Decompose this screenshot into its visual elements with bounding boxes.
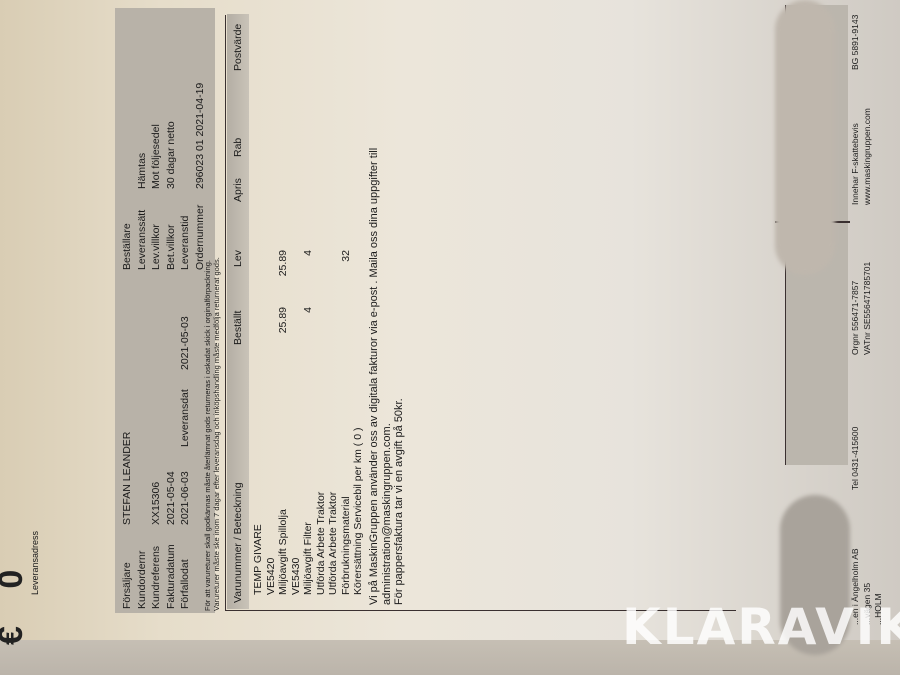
label-delivery-date: Leveransdat <box>178 389 193 447</box>
table-row-description: Utförda Arbete Traktor <box>315 492 327 595</box>
notice-line: Varureturer måste ske inom 7 dagar efter… <box>212 257 221 611</box>
footer-registration: Orgnr 556471-7857 VATnr SE556471785701 <box>850 262 873 355</box>
table-row-description: Miljöavgift Filter <box>302 522 314 595</box>
label-customer-order-nr: Kundordernr <box>135 544 150 609</box>
footer-bankgiro: BG 5891-9143 <box>850 15 862 70</box>
col-header-discount: Rab <box>232 138 244 157</box>
letterhead-fragment: € 0 <box>0 556 31 645</box>
digital-invoice-message: Vi på MaskinGruppen använder oss av digi… <box>368 148 406 605</box>
value-salesperson: STEFAN LEANDER <box>120 432 135 525</box>
message-line: För pappersfaktura tar vi en avgift på 5… <box>393 148 406 605</box>
col-header-line-value: Postvärde <box>232 24 244 71</box>
value-invoice-date: 2021-05-04 <box>164 432 179 525</box>
header-left-labels: Försäljare Kundordernr Kundreferens Fakt… <box>120 544 193 609</box>
table-row-delivered: 25.89 <box>277 250 289 290</box>
message-line: Vi på MaskinGruppen använder oss av digi… <box>368 148 381 605</box>
col-header-unit-price: Apris <box>232 178 244 202</box>
value-orderer <box>120 83 135 189</box>
table-row-description: Utförda Arbete Traktor <box>327 492 339 595</box>
header-delivery-date-value: 2021-05-03 <box>178 316 193 370</box>
value-delivery-method: Hämtas <box>135 83 150 189</box>
label-salesperson: Försäljare <box>120 544 135 609</box>
header-right-labels: Beställare Leveranssätt Lev.villkor Bet.… <box>120 205 207 270</box>
invoice-document: € 0 Leveransadress Försäljare Kundordern… <box>0 0 900 675</box>
label-payment-terms: Bet.villkor <box>164 205 179 270</box>
value-order-number: 296023 01 2021-04-19 <box>193 83 208 189</box>
footer-phone: Tel 0431-415600 <box>850 427 862 490</box>
message-line: administration@maskingruppen.com. <box>381 148 394 605</box>
table-row-description: Miljöavgift Spillolja <box>277 509 289 595</box>
label-customer-reference: Kundreferens <box>149 544 164 609</box>
value-payment-terms: 30 dagar netto <box>164 83 179 189</box>
notice-line: För att varureturer skall godkännas måst… <box>203 257 212 611</box>
table-row-ordered: 4 <box>302 307 314 347</box>
return-policy-notice: För att varureturer skall godkännas måst… <box>203 257 221 611</box>
header-right-values: Hämtas Mot följesedel 30 dagar netto 296… <box>120 83 207 189</box>
label-due-date: Förfallodat <box>178 544 193 609</box>
footer-website: www.maskingruppen.com <box>862 108 874 205</box>
redaction-blur <box>775 0 835 275</box>
table-row-description: VE5430 <box>290 558 302 595</box>
watermark-logo: KLARAVIK <box>622 598 900 656</box>
value-delivery-terms: Mot följesedel <box>149 83 164 189</box>
table-row-description: TEMP GIVARE <box>252 524 264 595</box>
table-row-delivered: 4 <box>302 250 314 290</box>
col-header-ordered: Beställt <box>232 311 244 345</box>
col-header-delivered: Lev <box>232 250 244 267</box>
header-delivery-date-label: Leveransdat <box>178 389 193 447</box>
table-row-ordered: 25.89 <box>277 307 289 347</box>
value-customer-order-nr <box>135 432 150 525</box>
value-delivery-date: 2021-05-03 <box>178 316 193 370</box>
table-row-description: Körersättning Servicebil per km ( 0 ) <box>352 428 364 595</box>
footer-org-nr: Orgnr 556471-7857 <box>850 262 862 355</box>
table-row-description: VE5420 <box>265 558 277 595</box>
col-header-item: Varunummer / Beteckning <box>232 482 244 603</box>
label-invoice-date: Fakturadatum <box>164 544 179 609</box>
label-delivery-time: Leveranstid <box>178 205 193 270</box>
table-row-delivered: 32 <box>340 250 352 290</box>
footer-vat-nr: VATnr SE556471785701 <box>862 262 874 355</box>
footer-tax-note: Innehar F-skattebevis <box>850 108 862 205</box>
label-delivery-terms: Lev.villkor <box>149 205 164 270</box>
value-customer-reference: XX15306 <box>149 432 164 525</box>
footer-tax-web: Innehar F-skattebevis www.maskingruppen.… <box>850 108 873 205</box>
delivery-address-label: Leveransadress <box>30 531 40 595</box>
value-delivery-time <box>178 83 193 189</box>
table-row-description: Förbrukningsmaterial <box>340 496 352 595</box>
label-delivery-method: Leveranssätt <box>135 205 150 270</box>
label-orderer: Beställare <box>120 205 135 270</box>
